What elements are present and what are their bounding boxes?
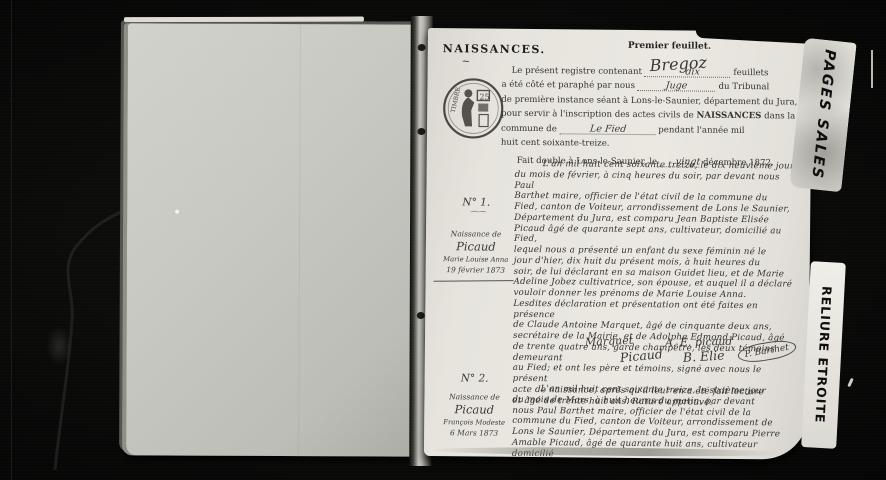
- act-date: 19 février 1873: [430, 265, 522, 275]
- signature-marquet: Marquet: [585, 334, 634, 349]
- scan-viewport: NAISSANCES. ~ Premier feuillet. Bregoz T…: [0, 0, 886, 480]
- act-type: Naissance de: [428, 392, 520, 402]
- page-crease: [298, 24, 301, 456]
- film-scratch: [871, 50, 873, 88]
- act-date: 6 Mars 1873: [428, 428, 520, 438]
- fill-commune: Le Fied: [559, 124, 656, 135]
- act-given-names: Marie Louise Anna: [430, 255, 522, 264]
- timbre-stamp-icon: TIMBRE 25: [441, 76, 506, 141]
- binding-stitch: [418, 44, 426, 51]
- act-number: N° 2.: [429, 372, 521, 385]
- signature-b-elie: B. Elie: [682, 347, 724, 364]
- act-given-names: François Modeste: [428, 418, 520, 427]
- act-1-text: L'an mil huit cent soixante treize, le d…: [512, 159, 796, 409]
- feuillet-note: Premier feuillet.: [628, 41, 711, 52]
- act-1-signatures-row-2: Picaud B. Elie P. Barthet: [620, 348, 810, 369]
- statement-line: huit cent soixante-treize.: [501, 136, 797, 153]
- dust-speck: [46, 326, 72, 366]
- page-stack-edge: [124, 17, 364, 23]
- fill-feuillet-count: dix: [644, 67, 731, 78]
- margin-flourish: ⌒⌒: [430, 208, 522, 222]
- film-scratch: [11, 0, 12, 480]
- binding-stitch: [417, 128, 425, 135]
- act-type: Naissance de: [430, 229, 522, 239]
- title-flourish: ~: [462, 56, 470, 67]
- margin-rule: [434, 280, 514, 282]
- svg-text:25: 25: [479, 92, 489, 101]
- act-1-margin-note: N° 1. ⌒⌒ Naissance de Picaud Marie Louis…: [430, 196, 523, 282]
- left-blank-page: [126, 23, 420, 456]
- act-2-margin-note: N° 2. Naissance de Picaud François Modes…: [428, 372, 521, 438]
- act-surname: Picaud: [428, 402, 520, 417]
- fill-paraph-author: Juge: [637, 81, 716, 92]
- register-statement: Le présent registre contenant dix feuill…: [501, 64, 798, 172]
- register-page: NAISSANCES. ~ Premier feuillet. Bregoz T…: [424, 28, 812, 460]
- signature-picaud: Picaud: [619, 346, 663, 365]
- act-surname: Picaud: [430, 239, 522, 254]
- dust-speck: [847, 378, 854, 387]
- act-number: N° 1.: [430, 196, 522, 209]
- svg-text:TIMBRE: TIMBRE: [450, 87, 462, 114]
- page-title: NAISSANCES.: [443, 42, 546, 56]
- dust-speck: [175, 210, 179, 214]
- binding-stitch: [417, 312, 425, 319]
